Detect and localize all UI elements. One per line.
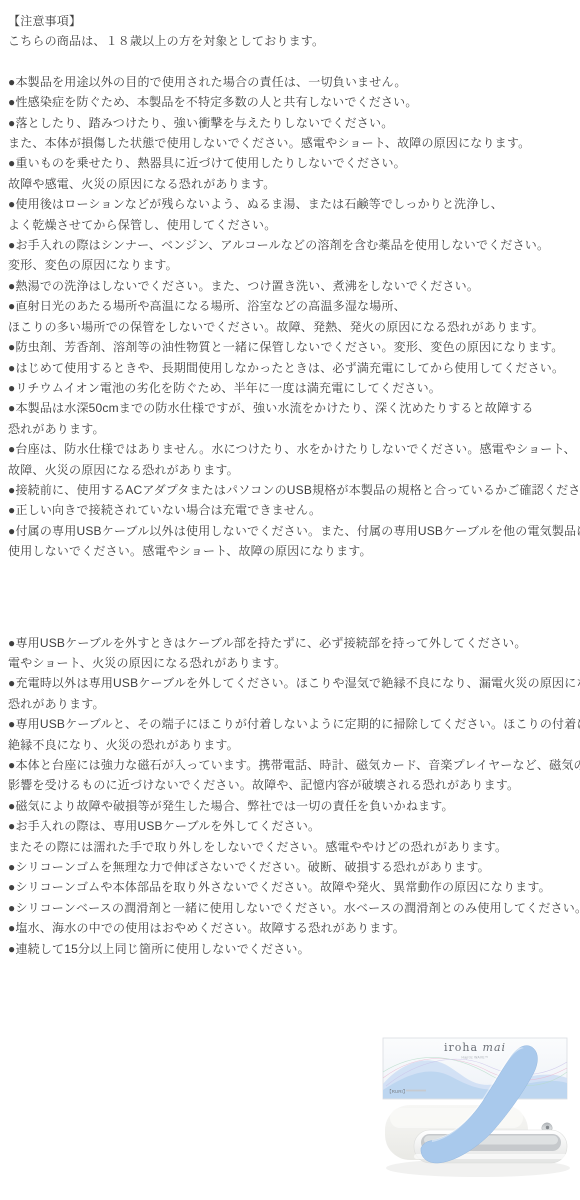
precaution-line: 恐れがあります。 [8, 419, 580, 439]
precaution-line: ●リチウムイオン電池の劣化を防ぐため、半年に一度は満充電にしてください。 [8, 378, 580, 398]
precaution-line: ●お手入れの際は、専用USBケーブルを外してください。 [8, 816, 580, 836]
precaution-line: ●磁気により故障や破損等が発生した場合、弊社では一切の責任を負いかねます。 [8, 796, 580, 816]
precaution-line: ●付属の専用USBケーブル以外は使用しないでください。また、付属の専用USBケー… [8, 521, 580, 541]
precaution-line: ●連続して15分以上同じ箇所に使用しないでください。 [8, 939, 580, 959]
brand-variant-text: mai [483, 1041, 507, 1054]
precaution-line: ●専用USBケーブルと、その端子にほこりが付着しないように定期的に掃除してくださ… [8, 714, 580, 734]
precaution-line: ●重いものを乗せたり、熱器具に近づけて使用したりしないでください。 [8, 153, 580, 173]
intro-text: こちらの商品は、１８歳以上の方を対象としております。 [8, 31, 580, 51]
precaution-line: ●お手入れの際はシンナー、ベンジン、アルコールなどの溶剤を含む薬品を使用しないで… [8, 235, 580, 255]
precaution-line: ●使用後はローションなどが残らないよう、ぬるま湯、または石鹸等でしっかりと洗浄し… [8, 194, 580, 214]
precaution-line: 故障、火災の原因になる恐れがあります。 [8, 460, 580, 480]
page-title: 【注意事項】 [8, 11, 580, 31]
precaution-line: ●本製品は水深50cmまでの防水仕様ですが、強い水流をかけたり、深く沈めたりする… [8, 398, 580, 418]
precaution-line: ●シリコーンゴムや本体部品を取り外さないでください。故障や発火、異常動作の原因に… [8, 877, 580, 897]
model-label: 【RURI】 [387, 1088, 407, 1095]
precaution-line: ●塩水、海水の中での使用はおやめください。故障する恐れがあります。 [8, 918, 580, 938]
precautions-document: 【注意事項】 こちらの商品は、１８歳以上の方を対象としております。 ●本製品を用… [8, 11, 580, 959]
precaution-line: ●シリコーンベースの潤滑剤と一緒に使用しないでください。水ベースの潤滑剤とのみ使… [8, 898, 580, 918]
precaution-line: よく乾燥させてから保管し、使用してください。 [8, 215, 580, 235]
precaution-line: ●防虫剤、芳香剤、溶剤等の油性物質と一緒に保管しないでください。変形、変色の原因… [8, 337, 580, 357]
precaution-line: ●正しい向きで接続されていない場合は充電できません。 [8, 500, 580, 520]
precaution-line: ほこりの多い場所での保管をしないでください。故障、発熱、発火の原因になる恐れがあ… [8, 317, 580, 337]
precaution-line: ●はじめて使用するときや、長期間使用しなかったときは、必ず満充電にしてから使用し… [8, 358, 580, 378]
precaution-line: また、本体が損傷した状態で使用しないでください。感電やショート、故障の原因になり… [8, 133, 580, 153]
precautions-list-2: ●専用USBケーブルを外すときはケーブル部を持たずに、必ず接続部を持って外してく… [8, 633, 580, 960]
precaution-line: 電やショート、火災の原因になる恐れがあります。 [8, 653, 580, 673]
precautions-list-1: ●本製品を用途以外の目的で使用された場合の責任は、一切負いません。●性感染症を防… [8, 72, 580, 562]
precaution-line: ●専用USBケーブルを外すときはケーブル部を持たずに、必ず接続部を持って外してく… [8, 633, 580, 653]
precaution-line: ●直射日光のあたる場所や高温になる場所、浴室などの高温多湿な場所、 [8, 296, 580, 316]
precaution-line: 絶縁不良になり、火災の恐れがあります。 [8, 735, 580, 755]
precaution-line: 故障や感電、火災の原因になる恐れがあります。 [8, 174, 580, 194]
precaution-line: ●シリコーンゴムを無理な力で伸ばさないでください。破断、破損する恐れがあります。 [8, 857, 580, 877]
precaution-line: 影響を受けるものに近づけないでください。故障や、記憶内容が破壊される恐れがありま… [8, 775, 580, 795]
precaution-line: ●本体と台座には強力な磁石が入っています。携帯電話、時計、磁気カード、音楽プレイ… [8, 755, 580, 775]
precaution-line: 使用しないでください。感電やショート、故障の原因になります。 [8, 541, 580, 561]
precaution-line: ●接続前に、使用するACアダプタまたはパソコンのUSB規格が本製品の規格と合って… [8, 480, 580, 500]
precaution-line: ●充電時以外は専用USBケーブルを外してください。ほこりや湿気で絶縁不良になり、… [8, 673, 580, 693]
precaution-line: ●台座は、防水仕様ではありません。水につけたり、水をかけたりしないでください。感… [8, 439, 580, 459]
product-photo: iroha mai Haptic WAVE™ 【RURI】 [340, 1020, 580, 1200]
precaution-line: ●性感染症を防ぐため、本製品を不特定多数の人と共有しないでください。 [8, 92, 580, 112]
fine-print-smudge [406, 1090, 426, 1092]
product-box: iroha mai Haptic WAVE™ 【RURI】 [383, 1038, 567, 1099]
precaution-line: ●本製品を用途以外の目的で使用された場合の責任は、一切負いません。 [8, 72, 580, 92]
brand-text: iroha mai [444, 1041, 506, 1054]
precaution-line: 恐れがあります。 [8, 694, 580, 714]
precaution-line: 変形、変色の原因になります。 [8, 255, 580, 275]
box-subtitle: Haptic WAVE™ [462, 1056, 489, 1060]
precaution-line: ●落としたり、踏みつけたり、強い衝撃を与えたりしないでください。 [8, 113, 580, 133]
precaution-line: またその際には濡れた手で取り外しをしないでください。感電ややけどの恐れがあります… [8, 837, 580, 857]
precaution-line: ●熱湯での洗浄はしないでください。また、つけ置き洗い、煮沸をしないでください。 [8, 276, 580, 296]
